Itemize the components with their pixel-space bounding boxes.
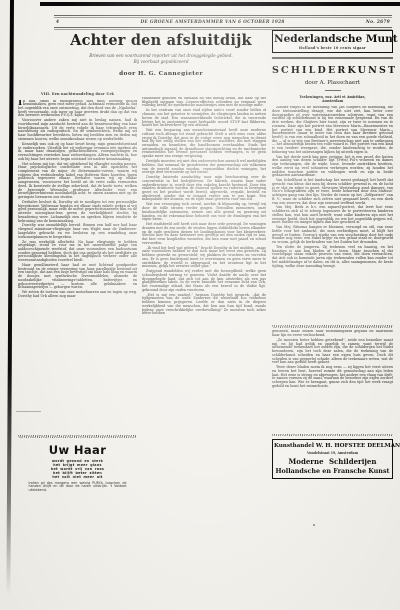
masthead-title: DE GROENE AMSTERDAMMER VAN 6 OCTOBER 192… [141, 20, 285, 25]
paragraph: Destijds moesten wij met den ouderwetsch… [142, 160, 266, 175]
issue-number: No. 2679 [366, 20, 390, 25]
section-divider-hatch [272, 434, 393, 437]
ad-subtitle: Holland's beste 10 cents sigaar [274, 46, 391, 50]
paragraph: Wat een besparing aan menschenmateriaal … [142, 129, 266, 159]
ad-title: Nederlandsche Munt [274, 34, 391, 45]
paragraph: Ten slotte de jongeren. Zij teekenen vee… [272, 246, 393, 268]
left-paragraph-list: Voorzoover andere zaken mij niet in besl… [18, 119, 137, 298]
article-header: Achter den afsluitdijk Brieven van een v… [52, 33, 270, 77]
review-text-part2: genomen, maar zelden haar zelfstandighei… [272, 330, 393, 431]
ad-title: Uw Haar [18, 443, 137, 457]
paragraph: Haar gemillimeterd haar had ze met licht… [18, 264, 137, 290]
scan-frame-top-edge [40, 2, 400, 6]
article-byline: door H. G. Cannegieter [52, 71, 270, 77]
article-subtitle-line1: Brieven van een voortvarend reporter uit… [52, 53, 270, 58]
ad-dealer-address: Vondelstraat 19, Amsterdam [274, 451, 391, 455]
paragraph: raadzamer gekozen en ontdaan nu van meni… [142, 97, 266, 108]
paragraph: Van Mej. Beek is b.v. een aquarel-portre… [272, 206, 393, 225]
paragraph: „Het is mij een raadsel,” hernam Dorothy… [142, 294, 266, 316]
paragraph: Wat een verzorging toch overal, merkte i… [142, 203, 266, 222]
ad-benefit-lines: wordt gezond en sterkhet krijgt meer gla… [18, 459, 137, 479]
paragraph-text: k had, sinds ik radiografisch met miss D… [18, 100, 137, 118]
paragraph: genomen, maar zelden haar zelfstandighei… [272, 330, 393, 337]
ad-benefit-line: het valt niet meer uit [18, 475, 137, 479]
review-subhead: Teekeningen, enz. Arti et Amicitiae, Ams… [272, 95, 393, 103]
page-number: 4 [56, 20, 59, 25]
paragraph: Van het derde werk kan men zwijgen; het … [272, 156, 393, 178]
scan-frame-left-edge [6, 0, 13, 596]
ad-body-text: Indien gij des morgens een weinig PUROL … [29, 482, 127, 493]
paragraph: Ze was werkelijk allerliefst. Na haar vl… [18, 241, 137, 263]
section-divider-hatch [18, 435, 137, 438]
paragraph: „Ze moesten beter hebben geteekend”, zei… [272, 339, 393, 365]
ad-line-hollandsche-fransche-kunst: Hollandsche en Fransche Kunst [274, 467, 391, 475]
paragraph: We zetten de toetsen van onze motorlaarz… [18, 291, 137, 298]
review-subhead-line2: Amsterdam [272, 99, 393, 103]
paragraph: Derhalve besloot ik, Dorothy uit te nood… [18, 201, 137, 223]
section-divider-hatch [272, 325, 393, 328]
paragraph: Zwijgend wandelden wij verder met die be… [142, 270, 266, 292]
middle-paragraph-list: raadzamer gekozen en ontdaan nu van meni… [142, 97, 266, 316]
purol-hair-ad: Uw Haar wordt gezond en sterkhet krijgt … [18, 443, 137, 493]
scan-artifact-dot [313, 524, 315, 526]
masthead: 4 DE GROENE AMSTERDAMMER VAN 6 OCTOBER 1… [54, 15, 392, 30]
column-right: Nederlandsche Munt Holland's beste 10 ce… [272, 30, 393, 479]
paragraph: Van Schelfhout is het landschap het mees… [272, 179, 393, 205]
nederlandsche-munt-ad: Nederlandsche Munt Holland's beste 10 ce… [272, 30, 393, 53]
column-middle: raadzamer gekozen en ontdaan nu van meni… [142, 97, 266, 498]
review-section-title: SCHILDERKUNST [272, 65, 393, 76]
article-text-left: Ik had, sinds ik radiografisch met miss … [18, 100, 137, 433]
paragraph: Twee dezer bladen noem ik nog eens — zij… [272, 366, 393, 388]
article-subtitle-line2: Bij voorbaat gepubliceerd [52, 59, 270, 64]
scan-artifact-dash [16, 411, 41, 412]
article-text-middle: raadzamer gekozen en ontdaan nu van meni… [142, 97, 266, 498]
ad-line-moderne-schilderijen: Moderne Schilderijen [274, 457, 391, 466]
paragraph-with-dropcap: Ik had, sinds ik radiografisch met miss … [18, 100, 137, 119]
chapter-heading: VIII. Een nachtwandeling door Urk [18, 92, 137, 96]
kunsthandel-ad: Kunsthandel W. H. HOFSTEE DEELMAN Vondel… [272, 439, 393, 479]
paragraph: Van Mej. Ritsema hangen er bloemen, verz… [272, 226, 393, 245]
review-paragraph-list-1: Zonder twijfel is de inzending van Jan S… [272, 106, 393, 268]
paragraph: Dorothy luisterde aandachtig naar mijn b… [142, 176, 266, 202]
newspaper-page-scan: { "colors": { "ink": "#33312c", "paper":… [0, 0, 400, 610]
mini-divider [325, 90, 341, 91]
column-rule [272, 57, 393, 59]
article-title: Achter den afsluitdijk [52, 33, 270, 48]
paragraph: Zonder twijfel is de inzending van Jan S… [272, 106, 393, 154]
masthead-rule-top [54, 15, 392, 18]
review-byline: door A. Plasschaert [272, 80, 393, 86]
paragraph: Het scheen mij toe, dat wij uitstekend b… [18, 163, 137, 200]
paragraph: Kennelijk was ook zij op haar beurt bezi… [18, 143, 137, 162]
paragraph: In het centrum van onze stad rijden auto… [142, 109, 266, 128]
paragraph: „Ik vind het heel wat geleerd,” bracht D… [142, 247, 266, 269]
paragraph: Voorzoover andere zaken mij niet in besl… [18, 119, 137, 141]
review-text-part1: Zonder twijfel is de inzending van Jan S… [272, 106, 393, 325]
review-paragraph-list-2: genomen, maar zelden haar zelfstandighei… [272, 330, 393, 388]
paragraph: Dorothy was onmiddellijk bereid. Binnen … [18, 224, 137, 239]
column-left: VIII. Een nachtwandeling door Urk Ik had… [18, 92, 137, 493]
ad-dealer-name: Kunsthandel W. H. HOFSTEE DEELMAN [274, 443, 391, 449]
paragraph: Het stadsbeeld zelf heeft zich naar deze… [142, 223, 266, 245]
